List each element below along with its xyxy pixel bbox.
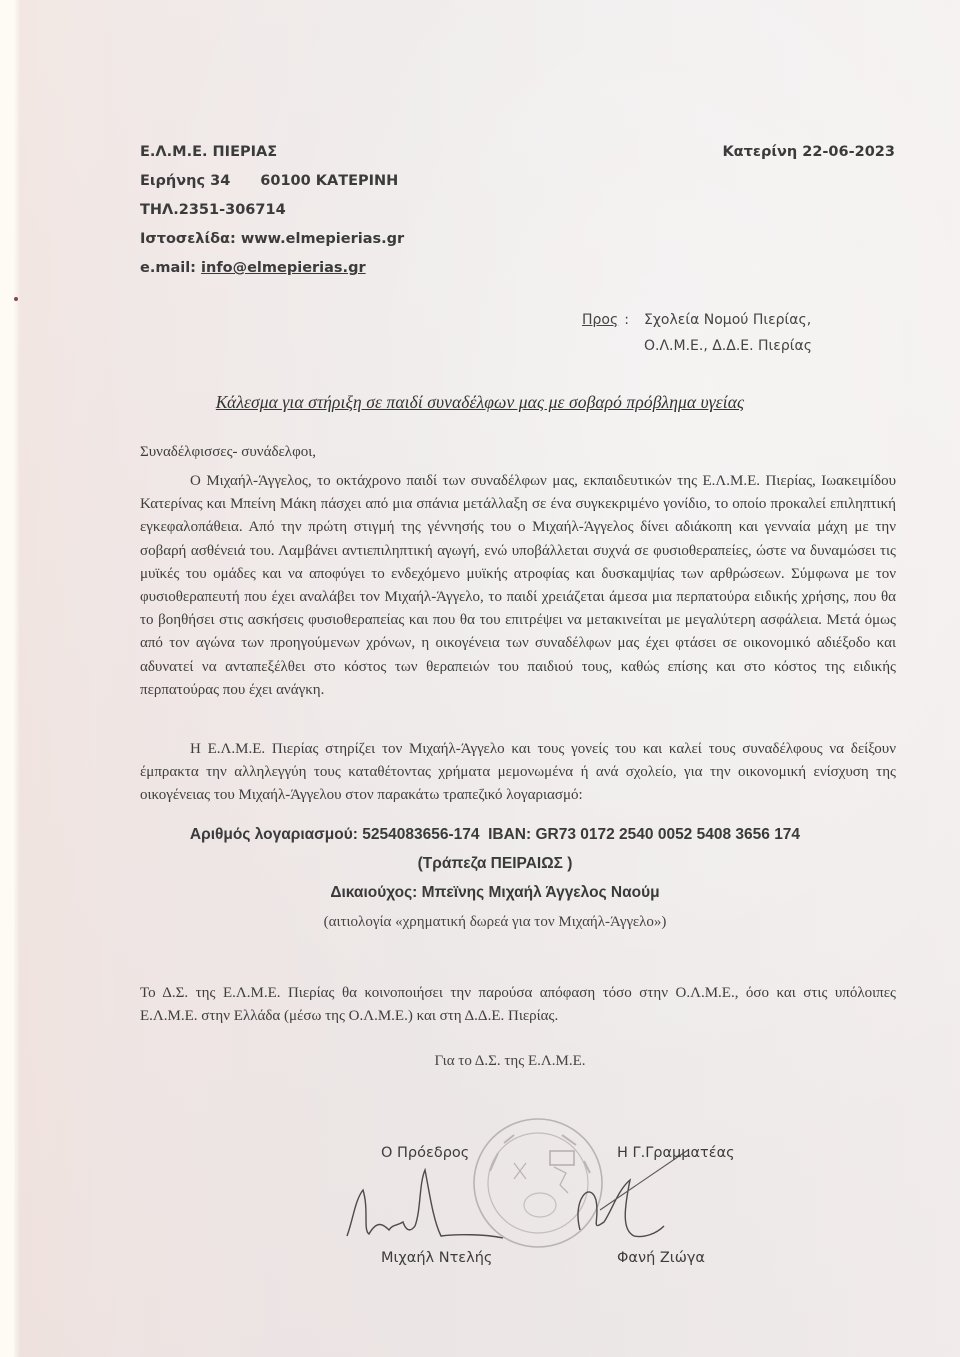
- letter-title: Κάλεσμα για στήριξη σε παιδί συναδέλφων …: [0, 392, 960, 413]
- sender-city: 60100 ΚΑΤΕΡΙΝΗ: [260, 173, 398, 189]
- bank-account-line: Αριθμός λογαριασμού: 5254083656-174 IBAN…: [30, 826, 960, 844]
- recipients-line-1: Προς:Σχολεία Νομού Πιερίας,: [582, 307, 812, 333]
- sender-website: Ιστοσελίδα: www.elmepierias.gr: [140, 229, 404, 258]
- account-label: Αριθμός λογαριασμού:: [190, 826, 362, 843]
- sender-address: Ειρήνης 3460100 ΚΑΤΕΡΙΝΗ: [140, 171, 404, 200]
- letter-date: Κατερίνη 22-06-2023: [722, 142, 895, 162]
- sender-street: Ειρήνης 34: [140, 173, 230, 189]
- sender-email: e.mail: info@elmepierias.gr: [140, 258, 404, 287]
- president-role: Ο Πρόεδρος: [381, 1145, 469, 1161]
- email-label: e.mail:: [140, 260, 201, 276]
- president-signature-icon: [345, 1160, 505, 1240]
- sender-phone: ΤΗΛ.2351-306714: [140, 200, 404, 229]
- website-label: Ιστοσελίδα:: [140, 231, 241, 247]
- secretary-name: Φανή Ζιώγα: [617, 1250, 705, 1266]
- body-paragraph-2: Η Ε.Λ.Μ.Ε. Πιερίας στηρίζει τον Μιχαήλ-Ά…: [140, 738, 896, 808]
- bank-name: (Τράπεζα ΠΕΙΡΑΙΩΣ ): [30, 855, 960, 873]
- body-paragraph-1: Ο Μιχαήλ-Άγγελος, το οκτάχρονο παιδί των…: [140, 470, 896, 702]
- beneficiary-line: Δικαιούχος: Μπεϊνης Μιχαήλ Άγγελος Ναούμ: [30, 884, 960, 902]
- recipient-schools: Σχολεία Νομού Πιερίας,: [644, 312, 811, 328]
- website-link[interactable]: www.elmepierias.gr: [241, 231, 404, 247]
- recipients-line-2: Ο.Λ.Μ.Ε., Δ.Δ.Ε. Πιερίας: [582, 333, 812, 359]
- sender-org: Ε.Λ.Μ.Ε. ΠΙΕΡΙΑΣ: [140, 142, 404, 171]
- president-name: Μιχαήλ Ντελής: [381, 1250, 492, 1266]
- closing-paragraph: Το Δ.Σ. της Ε.Λ.Μ.Ε. Πιερίας θα κοινοποι…: [140, 982, 896, 1028]
- to-label: Προς:: [582, 307, 644, 333]
- iban-value: GR73 0172 2540 0052 5408 3656 174: [535, 826, 800, 843]
- account-number: 5254083656-174: [362, 826, 479, 843]
- paper-speck: [14, 297, 18, 301]
- beneficiary-label: Δικαιούχος:: [330, 884, 421, 901]
- email-link[interactable]: info@elmepierias.gr: [201, 260, 366, 276]
- iban-label: IBAN:: [488, 826, 535, 843]
- for-board-line: Για το Δ.Σ. της Ε.Λ.Μ.Ε.: [0, 1053, 960, 1070]
- recipients-block: Προς:Σχολεία Νομού Πιερίας, Ο.Λ.Μ.Ε., Δ.…: [582, 307, 812, 359]
- beneficiary-name: Μπεϊνης Μιχαήλ Άγγελος Ναούμ: [422, 884, 660, 901]
- secretary-role: Η Γ.Γραμματέας: [617, 1145, 735, 1161]
- payment-reason: (αιτιολογία «χρηματική δωρεά για τον Μιχ…: [30, 914, 960, 931]
- greeting: Συναδέλφισσες- συνάδελφοι,: [140, 444, 316, 461]
- sender-block: Ε.Λ.Μ.Ε. ΠΙΕΡΙΑΣ Ειρήνης 3460100 ΚΑΤΕΡΙΝ…: [140, 142, 404, 287]
